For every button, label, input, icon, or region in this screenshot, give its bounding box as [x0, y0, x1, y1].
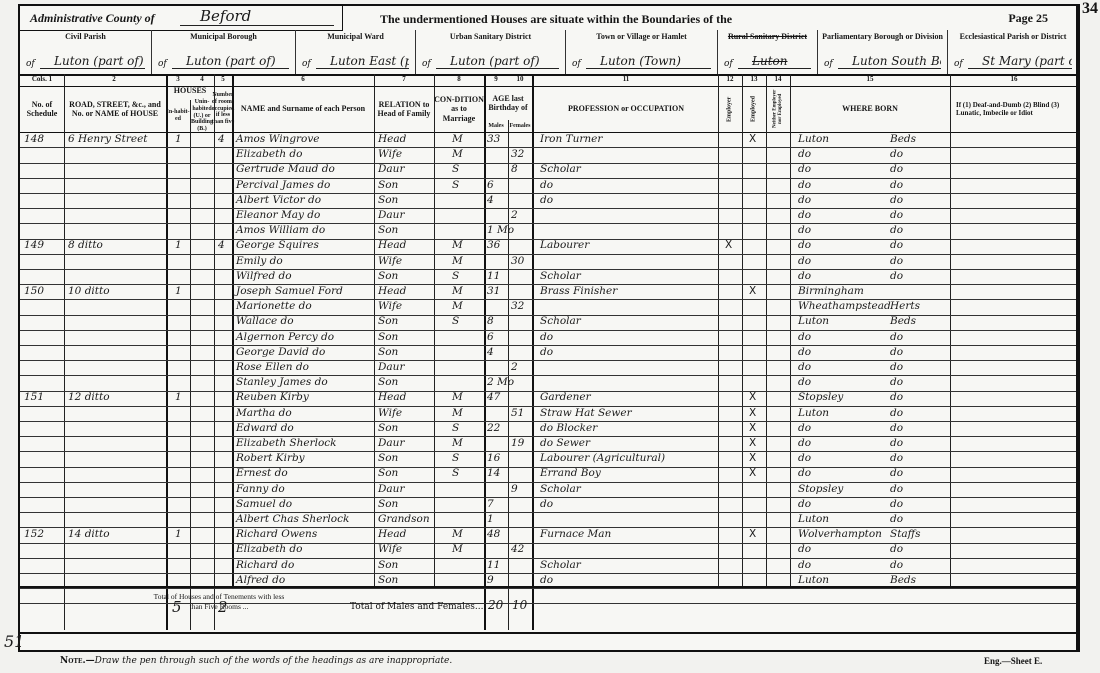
- table-row: Fanny doDaur9ScholarStopsleydo: [20, 482, 1076, 498]
- person-name: Elizabeth Sherlock: [236, 436, 337, 451]
- inhabited-count: 1: [175, 284, 182, 299]
- district-value: Luton South Beds: [838, 54, 941, 69]
- male-age: 4: [487, 193, 494, 208]
- district-value: Luton (part of): [436, 54, 559, 69]
- person-name: Ernest do: [236, 466, 288, 481]
- person-name: Fanny do: [236, 482, 285, 497]
- table-row: Marionette doWifeM32WheathampsteadHerts: [20, 299, 1076, 315]
- females-total: 10: [512, 598, 527, 612]
- birthplace: do: [798, 223, 811, 238]
- table-row: Martha doWifeM51Straw Hat SewerXLutondo: [20, 406, 1076, 422]
- birthplace: Birmingham: [798, 284, 864, 299]
- relation: Wife: [378, 406, 402, 421]
- person-name: Reuben Kirby: [236, 390, 309, 405]
- marital-condition: M: [452, 542, 463, 557]
- male-age: 16: [487, 451, 500, 466]
- table-row: George David doSon4dododo: [20, 345, 1076, 361]
- relation: Son: [378, 314, 398, 329]
- header-schedule: No. of Schedule: [20, 86, 64, 132]
- marital-condition: M: [452, 147, 463, 162]
- employed-mark: X: [749, 406, 756, 421]
- occupation: Scholar: [540, 558, 581, 573]
- male-age: 6: [487, 330, 494, 345]
- person-name: Richard do: [236, 558, 294, 573]
- header-inhabited: In-habit-ed: [166, 100, 190, 132]
- male-age: 11: [487, 269, 500, 284]
- totals-row: Total of Houses and of Tenements with le…: [20, 586, 1076, 634]
- birth-county: do: [890, 178, 903, 193]
- female-age: 32: [511, 147, 524, 162]
- header-road: ROAD, STREET, &c., and No. or NAME of HO…: [64, 86, 166, 132]
- occupation: do: [540, 193, 553, 208]
- birth-county: do: [890, 375, 903, 390]
- occupation: Labourer (Agricultural): [540, 451, 665, 466]
- header-age: AGE last Birthday of: [484, 86, 532, 120]
- employed-mark: X: [749, 421, 756, 436]
- birth-county: do: [890, 269, 903, 284]
- census-sheet: Administrative County of Beford The unde…: [18, 4, 1080, 652]
- road-address: 6 Henry Street: [68, 132, 148, 147]
- relation: Daur: [378, 162, 404, 177]
- male-age: 4: [487, 345, 494, 360]
- margin-mark: 51: [4, 632, 24, 651]
- male-age: 36: [487, 238, 500, 253]
- header-name: NAME and Surname of each Person: [232, 86, 374, 132]
- birthplace: do: [798, 451, 811, 466]
- birth-county: do: [890, 345, 903, 360]
- header-where-born: WHERE BORN: [790, 86, 950, 132]
- inhabited-count: 1: [175, 238, 182, 253]
- birth-county: do: [890, 421, 903, 436]
- birthplace: do: [798, 269, 811, 284]
- relation: Wife: [378, 254, 402, 269]
- table-row: 15010 ditto1Joseph Samuel FordHeadM31Bra…: [20, 284, 1076, 300]
- female-age: 51: [511, 406, 524, 421]
- district-value: St Mary (part of): [968, 54, 1072, 69]
- relation: Son: [378, 330, 398, 345]
- male-age: 11: [487, 558, 500, 573]
- birth-county: do: [890, 542, 903, 557]
- female-age: 42: [511, 542, 524, 557]
- birthplace: do: [798, 466, 811, 481]
- marital-condition: M: [452, 406, 463, 421]
- relation: Son: [378, 451, 398, 466]
- inhabited-count: 1: [175, 527, 182, 542]
- relation: Head: [378, 284, 406, 299]
- male-age: 14: [487, 466, 500, 481]
- relation: Son: [378, 497, 398, 512]
- road-address: 8 ditto: [68, 238, 103, 253]
- birth-county: do: [890, 390, 903, 405]
- birth-county: Staffs: [890, 527, 921, 542]
- marital-condition: M: [452, 132, 463, 147]
- occupation: Errand Boy: [540, 466, 601, 481]
- person-name: Algernon Percy do: [236, 330, 334, 345]
- birth-county: do: [890, 406, 903, 421]
- person-name: Gertrude Maud do: [236, 162, 335, 177]
- relation: Daur: [378, 482, 404, 497]
- district-value: Luton (Town): [586, 54, 711, 69]
- occupation: Brass Finisher: [540, 284, 617, 299]
- occupation: Gardener: [540, 390, 591, 405]
- occupation: Scholar: [540, 482, 581, 497]
- marital-condition: S: [452, 451, 459, 466]
- relation: Head: [378, 527, 406, 542]
- district-row: Civil Parish of Luton (part of) Municipa…: [20, 30, 1076, 76]
- relation: Daur: [378, 208, 404, 223]
- district-urban-sanitary: Urban Sanitary District of Luton (part o…: [416, 30, 566, 74]
- table-row: 15214 ditto1Richard OwensHeadM48Furnace …: [20, 527, 1076, 543]
- male-age: 31: [487, 284, 500, 299]
- person-name: Amos Wingrove: [236, 132, 320, 147]
- birth-county: do: [890, 147, 903, 162]
- birth-county: do: [890, 512, 903, 527]
- page-number: Page 25: [1008, 11, 1048, 26]
- schedule-number: 150: [24, 284, 44, 299]
- headline: The undermentioned Houses are situate wi…: [380, 12, 732, 27]
- relation: Daur: [378, 360, 404, 375]
- birthplace: do: [798, 162, 811, 177]
- male-age: 33: [487, 132, 500, 147]
- birth-county: do: [890, 360, 903, 375]
- marital-condition: M: [452, 238, 463, 253]
- male-age: 22: [487, 421, 500, 436]
- birthplace: do: [798, 330, 811, 345]
- person-name: Eleanor May do: [236, 208, 320, 223]
- birthplace: do: [798, 375, 811, 390]
- marital-condition: S: [452, 314, 459, 329]
- employed-mark: X: [749, 390, 756, 405]
- person-name: Joseph Samuel Ford: [236, 284, 343, 299]
- schedule-number: 151: [24, 390, 44, 405]
- table-row: Amos William doSon1 Mododo: [20, 223, 1076, 239]
- person-name: Albert Chas Sherlock: [236, 512, 349, 527]
- occupation: do Sewer: [540, 436, 590, 451]
- male-age: 8: [487, 314, 494, 329]
- rooms-total: 2: [218, 598, 228, 616]
- table-row: Stanley James doSon2 Mododo: [20, 375, 1076, 391]
- district-civil-parish: Civil Parish of Luton (part of): [20, 30, 152, 74]
- person-name: Elizabeth do: [236, 542, 302, 557]
- table-row: Albert Victor doSon4dododo: [20, 193, 1076, 209]
- employer-mark: X: [725, 238, 732, 253]
- table-row: Albert Chas SherlockGrandson1Lutondo: [20, 512, 1076, 528]
- employed-mark: X: [749, 284, 756, 299]
- county-box: Administrative County of Beford: [20, 6, 343, 31]
- birth-county: do: [890, 162, 903, 177]
- table-row: Wallace doSonS8ScholarLutonBeds: [20, 314, 1076, 330]
- marital-condition: M: [452, 527, 463, 542]
- occupation: do: [540, 345, 553, 360]
- rooms-count: 4: [218, 238, 225, 253]
- occupation: Furnace Man: [540, 527, 611, 542]
- birthplace: do: [798, 360, 811, 375]
- person-name: Percival James do: [236, 178, 330, 193]
- occupation: Straw Hat Sewer: [540, 406, 632, 421]
- relation: Son: [378, 421, 398, 436]
- district-value: Luton East (part of): [316, 54, 409, 69]
- header-uninhabited: Unin-habited (U.) or Building (B.): [190, 100, 214, 132]
- table-row: Rose Ellen doDaur2dodo: [20, 360, 1076, 376]
- district-value: Luton: [738, 54, 811, 69]
- table-row: 1486 Henry Street14Amos WingroveHeadM33I…: [20, 132, 1076, 148]
- inhabited-count: 1: [175, 390, 182, 405]
- relation: Head: [378, 238, 406, 253]
- female-age: 30: [511, 254, 524, 269]
- header-relation: RELATION to Head of Family: [374, 86, 434, 132]
- occupation: Scholar: [540, 162, 581, 177]
- birthplace: Stopsley: [798, 482, 843, 497]
- table-row: Richard doSon11Scholardodo: [20, 558, 1076, 574]
- marital-condition: M: [452, 390, 463, 405]
- occupation: do: [540, 178, 553, 193]
- birth-county: do: [890, 466, 903, 481]
- occupation: do Blocker: [540, 421, 597, 436]
- birthplace: Luton: [798, 132, 829, 147]
- sheet-label: Eng.—Sheet E.: [984, 656, 1042, 666]
- sheet-number: 34: [1082, 0, 1098, 18]
- birthplace: do: [798, 178, 811, 193]
- person-name: George David do: [236, 345, 325, 360]
- district-value: Luton (part of): [172, 54, 289, 69]
- person-name: Martha do: [236, 406, 292, 421]
- person-name: Edward do: [236, 421, 294, 436]
- table-row: Samuel doSon7dododo: [20, 497, 1076, 513]
- inhabited-count: 1: [175, 132, 182, 147]
- relation: Head: [378, 132, 406, 147]
- marital-condition: S: [452, 466, 459, 481]
- relation: Son: [378, 223, 398, 238]
- occupation: Iron Turner: [540, 132, 602, 147]
- male-age: 48: [487, 527, 500, 542]
- birth-county: do: [890, 497, 903, 512]
- table-row: Elizabeth doWifeM32dodo: [20, 147, 1076, 163]
- birthplace: do: [798, 436, 811, 451]
- birthplace: Luton: [798, 512, 829, 527]
- district-ecclesiastical: Ecclesiastical Parish or District of St …: [948, 30, 1078, 74]
- houses-inhabited-total: 5: [172, 598, 182, 616]
- road-address: 14 ditto: [68, 527, 110, 542]
- employed-mark: X: [749, 451, 756, 466]
- birthplace: do: [798, 254, 811, 269]
- relation: Son: [378, 269, 398, 284]
- birth-county: do: [890, 193, 903, 208]
- birth-county: do: [890, 254, 903, 269]
- male-age: 2 Mo: [487, 375, 514, 390]
- employed-mark: X: [749, 436, 756, 451]
- header-males: Males: [484, 120, 508, 132]
- person-name: George Squires: [236, 238, 319, 253]
- table-row: Elizabeth doWifeM42dodo: [20, 542, 1076, 558]
- table-row: Edward doSonS22do BlockerXdodo: [20, 421, 1076, 437]
- table-row: Wilfred doSonS11Scholardodo: [20, 269, 1076, 285]
- relation: Wife: [378, 299, 402, 314]
- table-row: Algernon Percy doSon6dododo: [20, 330, 1076, 346]
- marital-condition: S: [452, 269, 459, 284]
- district-parliamentary: Parliamentary Borough or Division of Lut…: [818, 30, 948, 74]
- column-headers: No. of Schedule ROAD, STREET, &c., and N…: [20, 86, 1076, 133]
- birthplace: Luton: [798, 406, 829, 421]
- birth-county: Beds: [890, 132, 916, 147]
- relation: Head: [378, 390, 406, 405]
- males-total: 20: [488, 598, 503, 612]
- person-name: Wilfred do: [236, 269, 292, 284]
- person-name: Robert Kirby: [236, 451, 305, 466]
- marital-condition: M: [452, 299, 463, 314]
- table-row: Robert KirbySonS16Labourer (Agricultural…: [20, 451, 1076, 467]
- person-name: Samuel do: [236, 497, 292, 512]
- district-town: Town or Village or Hamlet of Luton (Town…: [566, 30, 718, 74]
- marital-condition: S: [452, 178, 459, 193]
- birthplace: do: [798, 558, 811, 573]
- birthplace: Stopsley: [798, 390, 843, 405]
- relation: Son: [378, 558, 398, 573]
- female-age: 2: [511, 360, 518, 375]
- female-age: 32: [511, 299, 524, 314]
- birth-county: do: [890, 238, 903, 253]
- relation: Son: [378, 193, 398, 208]
- county-label: Administrative County of: [30, 11, 155, 26]
- birth-county: do: [890, 436, 903, 451]
- marital-condition: M: [452, 436, 463, 451]
- birthplace: do: [798, 147, 811, 162]
- birth-county: do: [890, 330, 903, 345]
- title-bar: Administrative County of Beford The unde…: [20, 6, 1076, 32]
- table-row: Elizabeth SherlockDaurM19do SewerXdodo: [20, 436, 1076, 452]
- birthplace: do: [798, 238, 811, 253]
- table-row: Emily doWifeM30dodo: [20, 254, 1076, 270]
- employed-mark: X: [749, 527, 756, 542]
- district-municipal-borough: Municipal Borough of Luton (part of): [152, 30, 296, 74]
- relation: Grandson: [378, 512, 430, 527]
- relation: Daur: [378, 436, 404, 451]
- marital-condition: S: [452, 162, 459, 177]
- person-name: Amos William do: [236, 223, 325, 238]
- male-age: 47: [487, 390, 500, 405]
- occupation: Scholar: [540, 314, 581, 329]
- header-employed: Employed: [742, 86, 766, 132]
- relation: Son: [378, 178, 398, 193]
- persons-total-label: Total of Males and Females...: [350, 602, 484, 612]
- female-age: 8: [511, 162, 518, 177]
- birthplace: do: [798, 497, 811, 512]
- birth-county: do: [890, 223, 903, 238]
- relation: Wife: [378, 147, 402, 162]
- male-age: 1 Mo: [487, 223, 514, 238]
- table-row: Eleanor May doDaur2dodo: [20, 208, 1076, 224]
- birthplace: Luton: [798, 314, 829, 329]
- birth-county: do: [890, 451, 903, 466]
- person-name: Marionette do: [236, 299, 312, 314]
- table-row: Ernest doSonS14Errand BoyXdodo: [20, 466, 1076, 482]
- marital-condition: M: [452, 254, 463, 269]
- schedule-number: 152: [24, 527, 44, 542]
- schedule-number: 148: [24, 132, 44, 147]
- footer-note: Note.—Draw the pen through such of the w…: [60, 656, 452, 666]
- marital-condition: M: [452, 284, 463, 299]
- birthplace: do: [798, 542, 811, 557]
- occupation: Scholar: [540, 269, 581, 284]
- female-age: 9: [511, 482, 518, 497]
- person-name: Emily do: [236, 254, 283, 269]
- male-age: 6: [487, 178, 494, 193]
- relation: Son: [378, 466, 398, 481]
- table-row: Percival James doSonS6dododo: [20, 178, 1076, 194]
- person-name: Elizabeth do: [236, 147, 302, 162]
- birth-county: do: [890, 558, 903, 573]
- header-neither: Neither Employer nor Employed: [766, 86, 790, 132]
- road-address: 12 ditto: [68, 390, 110, 405]
- person-name: Richard Owens: [236, 527, 317, 542]
- relation: Son: [378, 345, 398, 360]
- person-name: Albert Victor do: [236, 193, 321, 208]
- header-condition: CON-DITION as to Marriage: [434, 86, 484, 132]
- occupation: do: [540, 497, 553, 512]
- district-municipal-ward: Municipal Ward of Luton East (part of): [296, 30, 416, 74]
- district-rural-sanitary: Rural Sanitary District of Luton: [718, 30, 818, 74]
- table-row: 1498 ditto14George SquiresHeadM36Laboure…: [20, 238, 1076, 254]
- female-age: 2: [511, 208, 518, 223]
- header-occupation: PROFESSION or OCCUPATION: [534, 86, 718, 132]
- birthplace: Wheathampstead: [798, 299, 891, 314]
- birthplace: Wolverhampton: [798, 527, 882, 542]
- relation: Wife: [378, 542, 402, 557]
- male-age: 7: [487, 497, 494, 512]
- marital-condition: S: [452, 421, 459, 436]
- birth-county: Beds: [890, 314, 916, 329]
- county-value: Beford: [200, 7, 251, 25]
- person-name: Stanley James do: [236, 375, 328, 390]
- occupation: Labourer: [540, 238, 589, 253]
- male-age: 1: [487, 512, 494, 527]
- relation: Son: [378, 375, 398, 390]
- header-infirmity: If (1) Deaf-and-Dumb (2) Blind (3) Lunat…: [950, 86, 1078, 132]
- rooms-count: 4: [218, 132, 225, 147]
- birthplace: do: [798, 193, 811, 208]
- person-name: Wallace do: [236, 314, 294, 329]
- header-females: Females: [508, 120, 532, 132]
- birthplace: do: [798, 208, 811, 223]
- schedule-number: 149: [24, 238, 44, 253]
- employed-mark: X: [749, 466, 756, 481]
- person-name: Rose Ellen do: [236, 360, 309, 375]
- occupation: do: [540, 330, 553, 345]
- district-value: Luton (part of): [40, 54, 145, 69]
- header-employer: Employer: [718, 86, 742, 132]
- birthplace: do: [798, 421, 811, 436]
- birth-county: Herts: [890, 299, 920, 314]
- birthplace: do: [798, 345, 811, 360]
- header-rooms: Number of rooms occupied if less than fi…: [214, 86, 232, 132]
- employed-mark: X: [749, 132, 756, 147]
- table-row: 15112 ditto1Reuben KirbyHeadM47GardenerX…: [20, 390, 1076, 406]
- table-row: Gertrude Maud doDaurS8Scholardodo: [20, 162, 1076, 178]
- birth-county: do: [890, 482, 903, 497]
- female-age: 19: [511, 436, 524, 451]
- road-address: 10 ditto: [68, 284, 110, 299]
- birth-county: do: [890, 208, 903, 223]
